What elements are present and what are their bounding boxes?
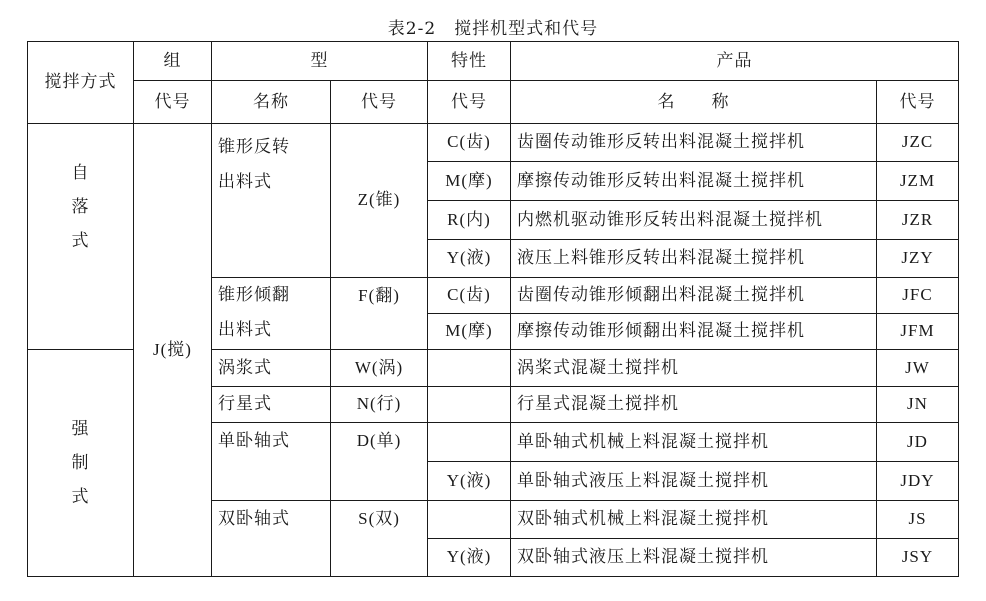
type-name-cell: 锥形倾翻 出料式 <box>212 278 331 350</box>
table-caption: 表2-2搅拌机型式和代号 <box>0 14 986 39</box>
feature-code-cell <box>428 387 511 423</box>
method-gravity: 自 落 式 <box>28 124 134 350</box>
header-group: 组 <box>134 42 212 81</box>
feature-code-cell: Y(液) <box>428 539 511 577</box>
product-name-cell: 涡桨式混凝土搅拌机 <box>511 350 877 387</box>
product-name-cell: 摩擦传动锥形倾翻出料混凝土搅拌机 <box>511 314 877 350</box>
header-feature-code: 代号 <box>428 81 511 124</box>
type-code-cell: S(双) <box>331 501 428 577</box>
product-code-cell: JS <box>877 501 959 539</box>
product-code-cell: JN <box>877 387 959 423</box>
feature-code-cell: C(齿) <box>428 278 511 314</box>
header-type-code: 代号 <box>331 81 428 124</box>
method-char: 强 <box>72 412 90 446</box>
product-name-cell: 单卧轴式液压上料混凝土搅拌机 <box>511 462 877 501</box>
type-code-cell: N(行) <box>331 387 428 423</box>
type-name-line: 锥形倾翻 <box>218 285 290 305</box>
type-name-cell: 双卧轴式 <box>212 501 331 577</box>
product-code-cell: JFM <box>877 314 959 350</box>
product-code-cell: JW <box>877 350 959 387</box>
type-name-cell: 单卧轴式 <box>212 423 331 501</box>
header-group-code: 代号 <box>134 81 212 124</box>
type-name-line: 出料式 <box>218 320 272 340</box>
method-char: 式 <box>72 224 90 258</box>
header-product: 产品 <box>511 42 959 81</box>
feature-code-cell: Y(液) <box>428 240 511 278</box>
table-number: 表2-2 <box>388 19 436 39</box>
product-code-cell: JFC <box>877 278 959 314</box>
table-row: 自 落 式 J(搅) 锥形反转 出料式 Z(锥) C(齿) 齿圈传动锥形反转出料… <box>28 124 959 162</box>
header-mix-method: 搅拌方式 <box>28 42 134 124</box>
method-char: 式 <box>72 480 90 514</box>
product-code-cell: JZY <box>877 240 959 278</box>
header-product-code: 代号 <box>877 81 959 124</box>
type-code-cell: Z(锥) <box>331 124 428 278</box>
table-title: 搅拌机型式和代号 <box>454 19 598 39</box>
type-code-cell: F(翻) <box>331 278 428 350</box>
product-code-cell: JSY <box>877 539 959 577</box>
header-row-2: 代号 名称 代号 代号 名 称 代号 <box>28 81 959 124</box>
header-feature: 特性 <box>428 42 511 81</box>
type-name-cell: 行星式 <box>212 387 331 423</box>
type-name-line: 出料式 <box>218 172 272 192</box>
product-code-cell: JZC <box>877 124 959 162</box>
header-type: 型 <box>212 42 428 81</box>
feature-code-cell <box>428 423 511 462</box>
method-char: 自 <box>72 156 90 190</box>
product-code-cell: JZM <box>877 162 959 201</box>
method-char: 制 <box>72 446 90 480</box>
feature-code-cell <box>428 501 511 539</box>
feature-code-cell <box>428 350 511 387</box>
group-code-cell: J(搅) <box>134 124 212 577</box>
product-name-cell: 齿圈传动锥形反转出料混凝土搅拌机 <box>511 124 877 162</box>
product-code-cell: JZR <box>877 201 959 240</box>
product-name-cell: 内燃机驱动锥形反转出料混凝土搅拌机 <box>511 201 877 240</box>
mixer-type-table: 搅拌方式 组 型 特性 产品 代号 名称 代号 代号 名 称 代号 自 落 式 … <box>27 41 959 577</box>
type-name-cell: 涡浆式 <box>212 350 331 387</box>
product-name-cell: 双卧轴式液压上料混凝土搅拌机 <box>511 539 877 577</box>
method-char: 落 <box>72 190 90 224</box>
type-code-cell: W(涡) <box>331 350 428 387</box>
type-name-line: 锥形反转 <box>218 137 290 157</box>
feature-code-cell: M(摩) <box>428 162 511 201</box>
product-name-cell: 单卧轴式机械上料混凝土搅拌机 <box>511 423 877 462</box>
product-name-cell: 液压上料锥形反转出料混凝土搅拌机 <box>511 240 877 278</box>
product-code-cell: JDY <box>877 462 959 501</box>
header-type-name: 名称 <box>212 81 331 124</box>
product-code-cell: JD <box>877 423 959 462</box>
product-name-cell: 齿圈传动锥形倾翻出料混凝土搅拌机 <box>511 278 877 314</box>
product-name-cell: 双卧轴式机械上料混凝土搅拌机 <box>511 501 877 539</box>
product-name-cell: 摩擦传动锥形反转出料混凝土搅拌机 <box>511 162 877 201</box>
method-forced: 强 制 式 <box>28 350 134 577</box>
feature-code-cell: R(内) <box>428 201 511 240</box>
product-name-cell: 行星式混凝土搅拌机 <box>511 387 877 423</box>
header-product-name: 名 称 <box>511 81 877 124</box>
feature-code-cell: C(齿) <box>428 124 511 162</box>
type-name-cell: 锥形反转 出料式 <box>212 124 331 278</box>
type-code-cell: D(单) <box>331 423 428 501</box>
feature-code-cell: M(摩) <box>428 314 511 350</box>
header-row-1: 搅拌方式 组 型 特性 产品 <box>28 42 959 81</box>
feature-code-cell: Y(液) <box>428 462 511 501</box>
